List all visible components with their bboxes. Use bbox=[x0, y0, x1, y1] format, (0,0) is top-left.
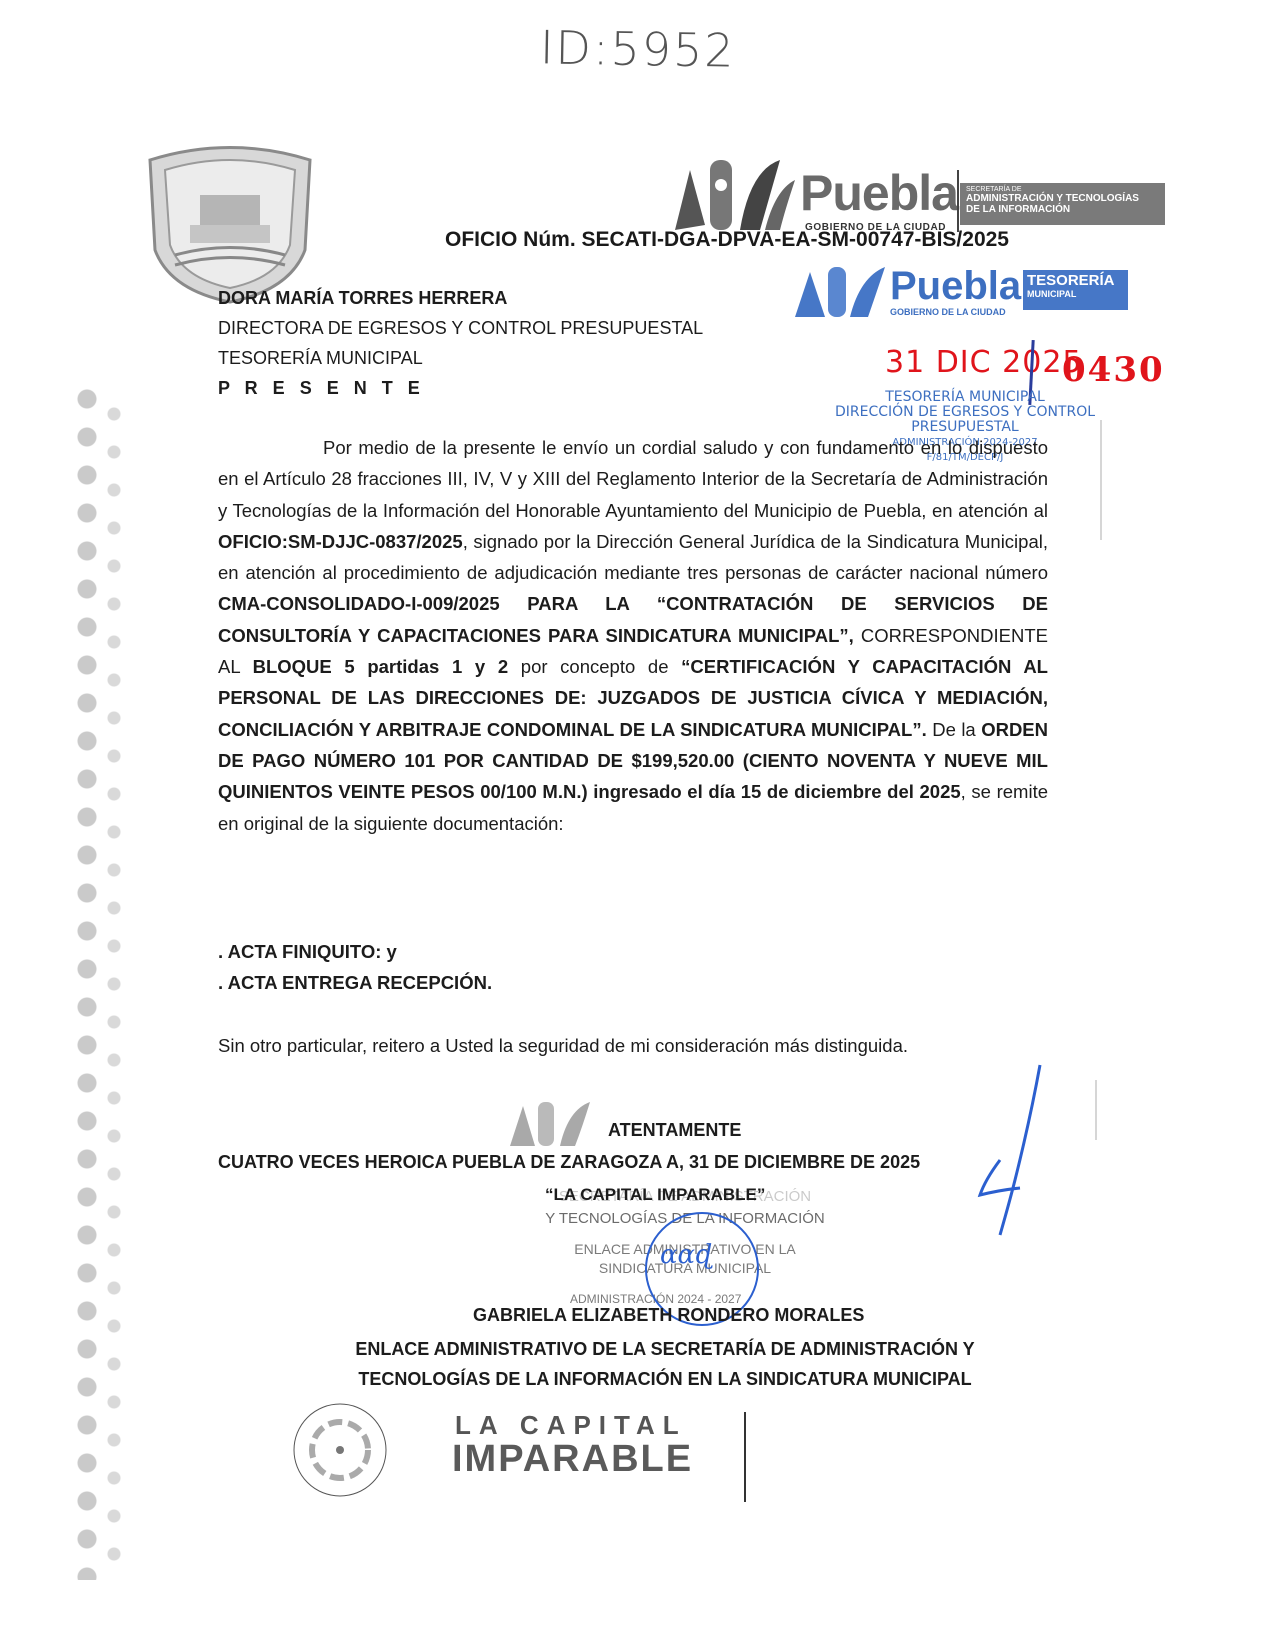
handwritten-signature-icon bbox=[970, 1060, 1060, 1240]
letter-body: Por medio de la presente le envío un cor… bbox=[218, 432, 1048, 839]
brand-line-1: LA CAPITAL bbox=[455, 1410, 687, 1441]
addressee-block: DORA MARÍA TORRES HERRERA DIRECTORA DE E… bbox=[218, 283, 703, 403]
bloque-partidas: BLOQUE 5 partidas 1 y 2 bbox=[253, 656, 509, 677]
stamp-tesoreria-box: TESORERÍA MUNICIPAL bbox=[1023, 270, 1128, 310]
coat-of-arms-icon bbox=[140, 140, 320, 305]
stamp-date: 31 DIC 2025 bbox=[885, 345, 1083, 380]
brand-line-2: IMPARABLE bbox=[452, 1438, 693, 1481]
secretaria-banner: SECRETARÍA DE ADMINISTRACIÓN Y TECNOLOGÍ… bbox=[960, 183, 1165, 225]
document-item: . ACTA FINIQUITO: y bbox=[218, 936, 492, 967]
addressee-department: TESORERÍA MUNICIPAL bbox=[218, 343, 703, 373]
lema: “LA CAPITAL IMPARABLE” bbox=[545, 1185, 765, 1205]
referenced-oficio: OFICIO:SM-DJJC-0837/2025 bbox=[218, 531, 463, 552]
norma-igualdad-seal-icon bbox=[290, 1400, 390, 1500]
oficio-number: OFICIO Núm. SECATI-DGA-DPVA-EA-SM-00747-… bbox=[445, 228, 1009, 252]
signer-title-line-1: ENLACE ADMINISTRATIVO DE LA SECRETARÍA D… bbox=[285, 1334, 1045, 1364]
stamp-line-1: TESORERÍA MUNICIPAL bbox=[815, 390, 1115, 405]
closing-text: Sin otro particular, reitero a Usted la … bbox=[218, 1030, 1048, 1061]
signer-title: ENLACE ADMINISTRATIVO DE LA SECRETARÍA D… bbox=[285, 1334, 1045, 1394]
puebla-city-logo-icon bbox=[665, 150, 800, 235]
secretaria-name-2: DE LA INFORMACIÓN bbox=[966, 204, 1159, 215]
stamp-puebla-subtitle: GOBIERNO DE LA CIUDAD bbox=[890, 307, 1006, 317]
body-paragraph: Por medio de la presente le envío un cor… bbox=[218, 432, 1048, 839]
addressee-name: DORA MARÍA TORRES HERRERA bbox=[218, 283, 703, 313]
salutation: P R E S E N T E bbox=[218, 373, 703, 403]
logo-divider bbox=[957, 170, 959, 232]
tesoreria-stamp-logo-icon bbox=[790, 262, 890, 322]
scan-artifact bbox=[1095, 1080, 1097, 1140]
body-text: Por medio de la presente le envío un cor… bbox=[218, 437, 1048, 521]
secretaria-prefix: SECRETARÍA DE bbox=[966, 186, 1159, 193]
handwritten-initials: ɑɑɖ bbox=[660, 1240, 712, 1270]
stamp-puebla-text: Puebla bbox=[890, 264, 1021, 309]
footer-divider bbox=[744, 1412, 746, 1502]
secretaria-stamp-logo-icon bbox=[505, 1098, 595, 1148]
atentamente-label: ATENTAMENTE bbox=[608, 1120, 741, 1141]
handwritten-id: ID:5952 bbox=[540, 20, 736, 77]
signer-name: GABRIELA ELIZABETH RONDERO MORALES bbox=[473, 1305, 864, 1326]
puebla-logo-text: Puebla bbox=[800, 164, 958, 222]
body-text: De la bbox=[927, 719, 981, 740]
signer-title-line-2: TECNOLOGÍAS DE LA INFORMACIÓN EN LA SIND… bbox=[285, 1364, 1045, 1394]
scan-artifact bbox=[1100, 420, 1102, 540]
city-date: CUATRO VECES HEROICA PUEBLA DE ZARAGOZA … bbox=[218, 1152, 920, 1173]
stamp-line-2: DIRECCIÓN DE EGRESOS Y CONTROL bbox=[815, 405, 1115, 420]
stamp-box-title: TESORERÍA bbox=[1027, 272, 1124, 289]
document-item: . ACTA ENTREGA RECEPCIÓN. bbox=[218, 967, 492, 998]
stamp-folio-number: 0430 bbox=[1062, 350, 1165, 390]
secretaria-name-1: ADMINISTRACIÓN Y TECNOLOGÍAS bbox=[966, 193, 1159, 204]
decorative-border-leaves bbox=[100, 395, 130, 1575]
body-text: por concepto de bbox=[508, 656, 681, 677]
addressee-position: DIRECTORA DE EGRESOS Y CONTROL PRESUPUES… bbox=[218, 313, 703, 343]
stamp-box-subtitle: MUNICIPAL bbox=[1027, 289, 1124, 299]
document-list: . ACTA FINIQUITO: y . ACTA ENTREGA RECEP… bbox=[218, 936, 492, 998]
